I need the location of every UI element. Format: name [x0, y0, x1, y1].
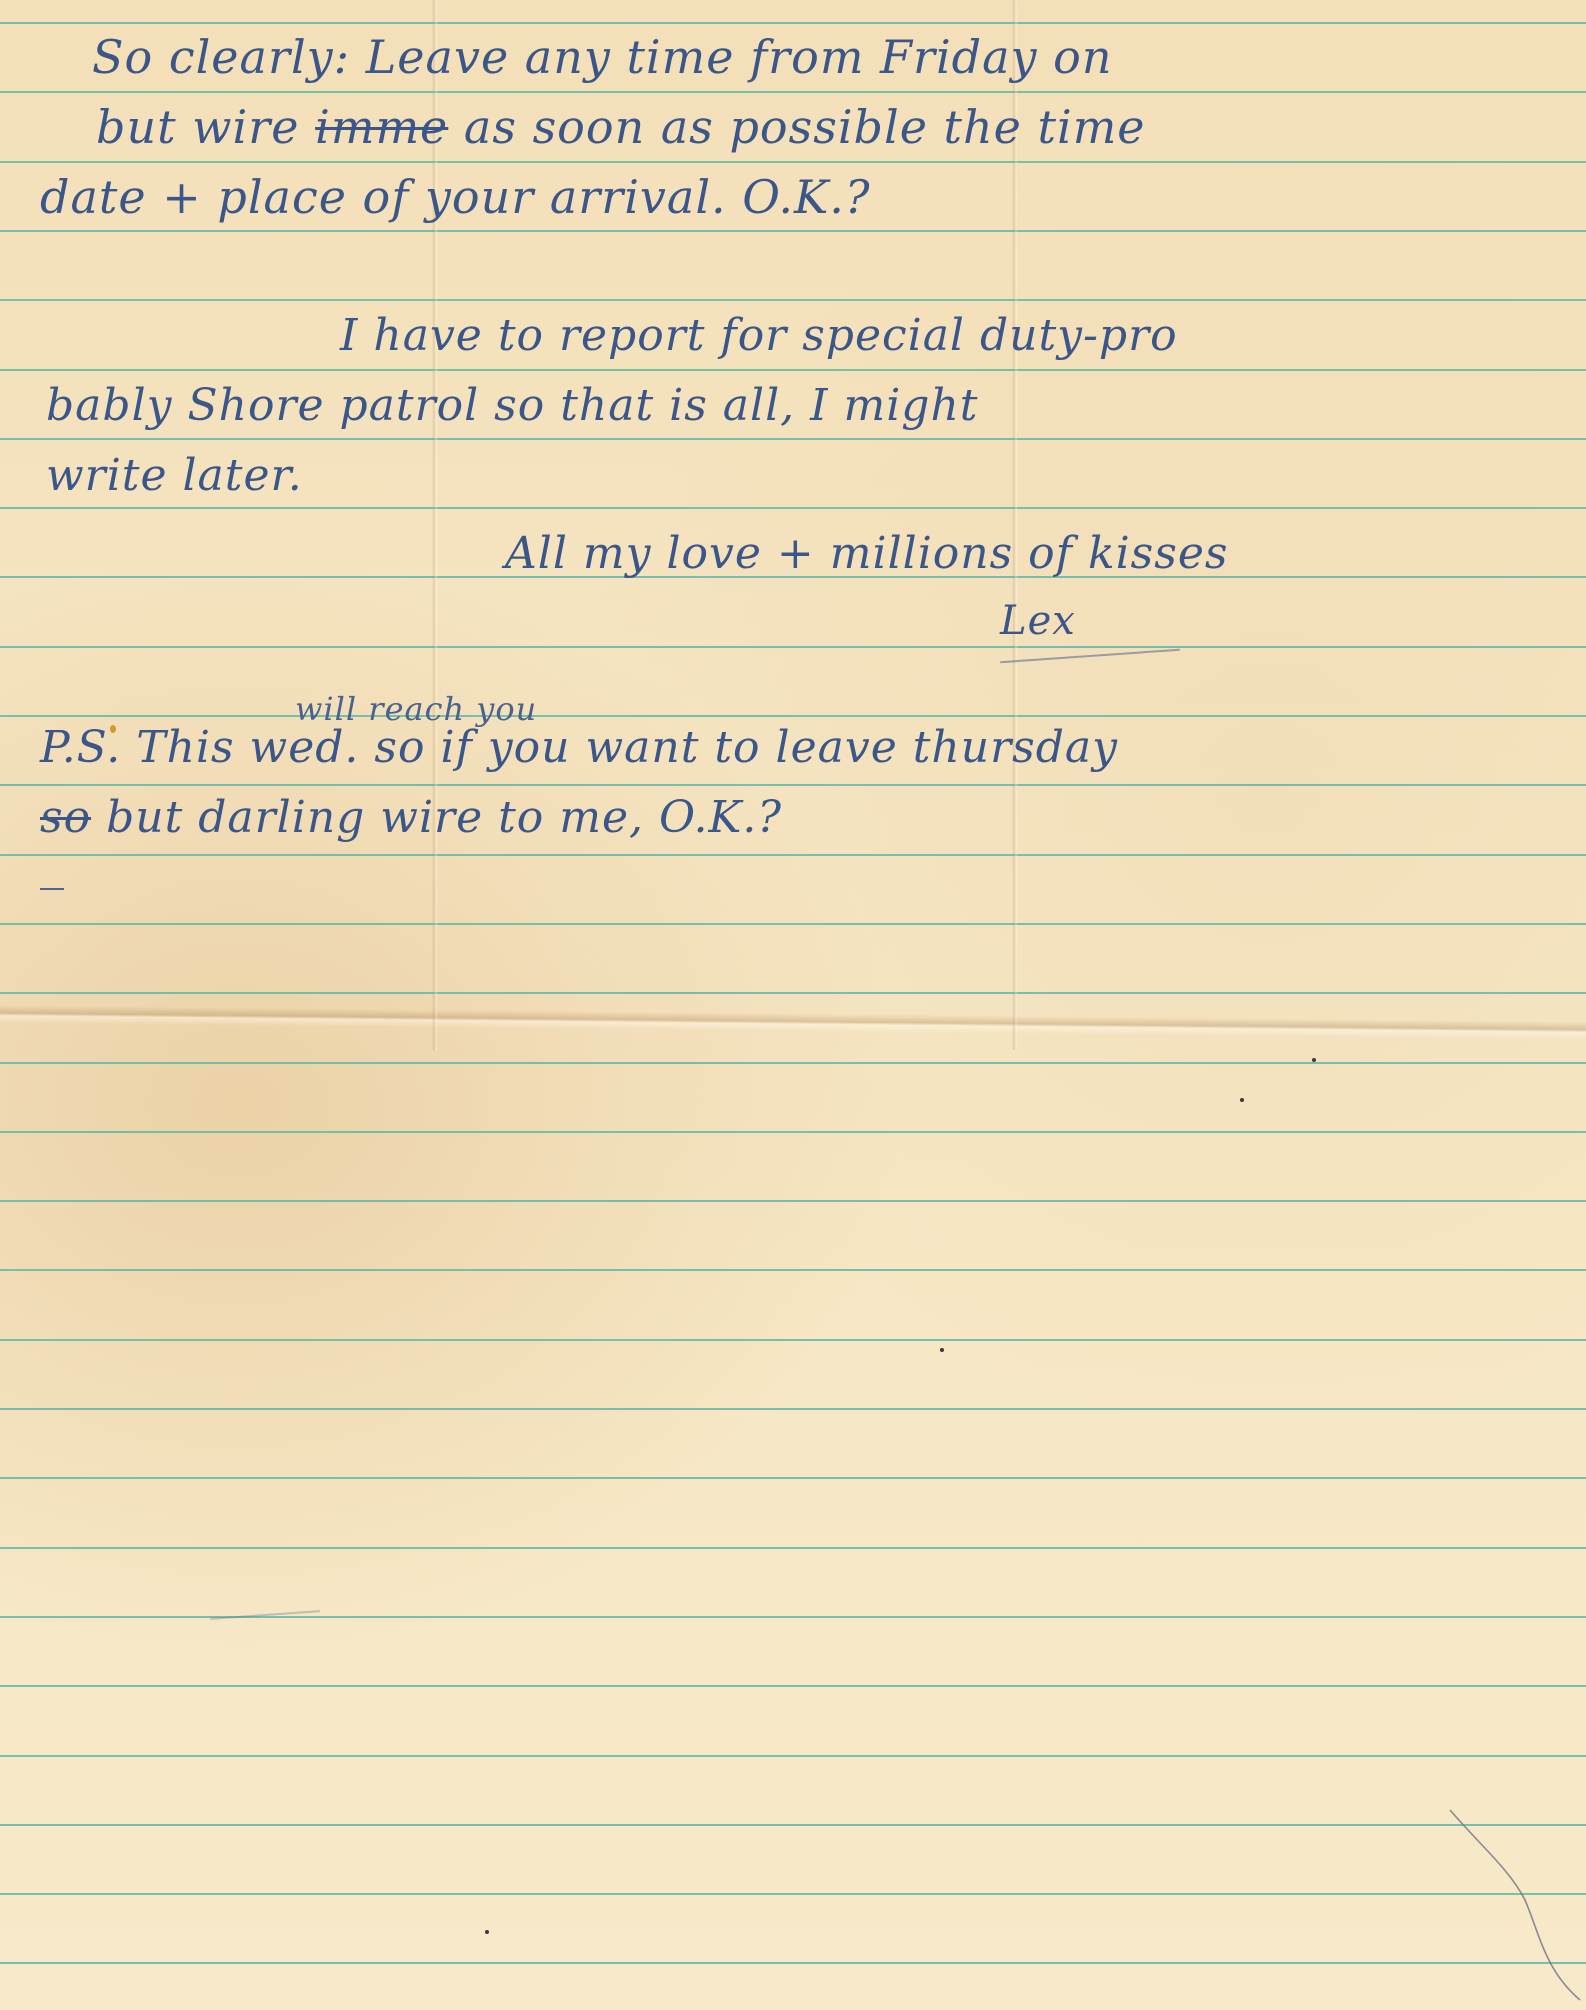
rule-line — [0, 161, 1586, 163]
speck — [940, 1348, 944, 1352]
closing-line: All my love + millions of kisses — [505, 528, 1228, 579]
ps-line-1: P.S. This wed. so if you want to leave t… — [40, 722, 1118, 773]
letter-text: date + place of your arrival. O.K.? — [40, 170, 871, 224]
rule-line — [0, 507, 1586, 509]
rule-line — [0, 1893, 1586, 1895]
rule-line — [0, 1269, 1586, 1271]
letter-line-2: but wire imme as soon as possible the ti… — [96, 100, 1146, 154]
rule-line — [0, 923, 1586, 925]
rule-line — [0, 1962, 1586, 1964]
vertical-fold-crease-left — [432, 0, 438, 1050]
rule-line — [0, 1131, 1586, 1133]
rule-line — [0, 1062, 1586, 1064]
rule-line — [0, 1547, 1586, 1549]
rule-line — [0, 1685, 1586, 1687]
closing-text: All my love + millions of kisses — [505, 528, 1228, 579]
letter-text: write later. — [46, 450, 303, 501]
rule-line — [0, 230, 1586, 232]
struck-out-word: imme — [315, 100, 448, 154]
rule-line — [0, 1477, 1586, 1479]
rule-line — [0, 369, 1586, 371]
letter-line-1: So clearly: Leave any time from Friday o… — [92, 30, 1112, 84]
vertical-fold-crease-right — [1012, 0, 1018, 1050]
letter-line-5: bably Shore patrol so that is all, I mig… — [46, 380, 978, 431]
letter-line-3: date + place of your arrival. O.K.? — [40, 170, 871, 224]
rule-line — [0, 784, 1586, 786]
letter-line-4: I have to report for special duty-pro — [340, 310, 1178, 361]
rule-line — [0, 992, 1586, 994]
ps-text: P.S. This wed. so if you want to leave t… — [40, 722, 1118, 773]
letter-text: bably Shore patrol so that is all, I mig… — [46, 380, 978, 431]
letter-text: So clearly: Leave any time from Friday o… — [92, 30, 1112, 84]
ink-blot — [110, 725, 116, 733]
rule-line — [0, 646, 1586, 648]
rule-line — [0, 854, 1586, 856]
rule-line — [0, 1824, 1586, 1826]
lined-paper-background — [0, 0, 1586, 2010]
rule-line — [0, 1200, 1586, 1202]
pencil-stroke — [1440, 1800, 1586, 2010]
rule-line — [0, 1755, 1586, 1757]
speck — [485, 1930, 489, 1934]
ps-text: but darling wire to me, O.K.? — [91, 792, 782, 843]
rule-line — [0, 715, 1586, 717]
rule-line — [0, 299, 1586, 301]
letter-line-6: write later. — [46, 450, 303, 501]
letter-text: I have to report for special duty-pro — [340, 310, 1178, 361]
rule-line — [0, 91, 1586, 93]
rule-line — [0, 22, 1586, 24]
ps-dash-mark — [40, 888, 64, 890]
signature-text: Lex — [1000, 598, 1076, 644]
rule-line — [0, 1408, 1586, 1410]
letter-text: but wire — [96, 100, 315, 154]
signature: Lex — [1000, 598, 1076, 644]
speck — [1312, 1058, 1316, 1062]
rule-line — [0, 1339, 1586, 1341]
letter-text: as soon as possible the time — [448, 100, 1145, 154]
rule-line — [0, 438, 1586, 440]
struck-out-word: so — [40, 792, 91, 843]
speck — [1240, 1098, 1244, 1102]
ps-line-2: so but darling wire to me, O.K.? — [40, 792, 782, 843]
